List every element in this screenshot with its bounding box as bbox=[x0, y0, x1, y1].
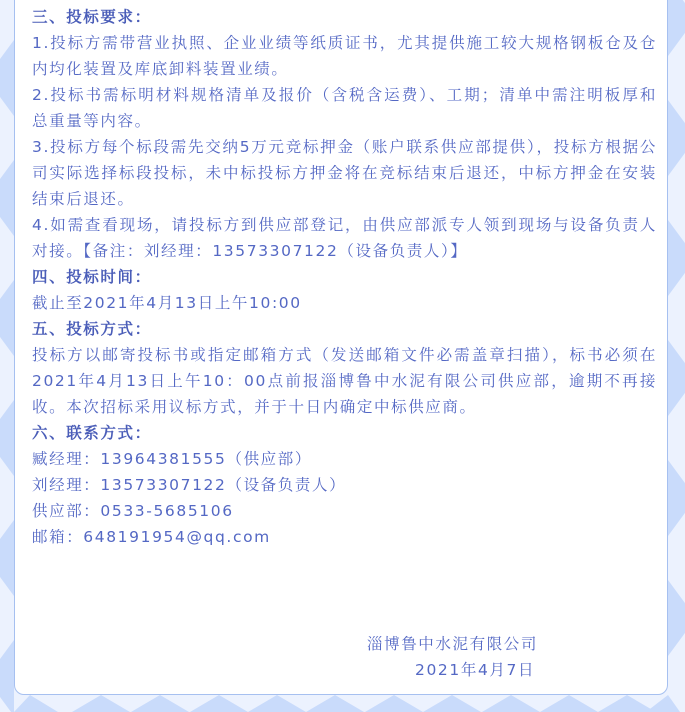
bid-method-text: 投标方以邮寄投标书或指定邮箱方式（发送邮箱文件必需盖章扫描），标书必须在2021… bbox=[32, 342, 657, 420]
contact-zang: 臧经理：13964381555（供应部） bbox=[32, 446, 657, 472]
section-3-heading: 三、投标要求： bbox=[32, 4, 657, 30]
section-6-heading: 六、联系方式： bbox=[32, 420, 657, 446]
requirement-item-1: 1.投标方需带营业执照、企业业绩等纸质证书，尤其提供施工较大规格钢板仓及仓内均化… bbox=[32, 30, 657, 82]
document-content: 三、投标要求： 1.投标方需带营业执照、企业业绩等纸质证书，尤其提供施工较大规格… bbox=[32, 4, 657, 550]
section-4-heading: 四、投标时间： bbox=[32, 264, 657, 290]
signature-date: 2021年4月7日 bbox=[415, 658, 535, 680]
contact-liu: 刘经理：13573307122（设备负责人） bbox=[32, 472, 657, 498]
requirement-item-3: 3.投标方每个标段需先交纳5万元竞标押金（账户联系供应部提供），投标方根据公司实… bbox=[32, 134, 657, 212]
signature-company: 淄博鲁中水泥有限公司 bbox=[367, 632, 538, 654]
requirement-item-2: 2.投标书需标明材料规格清单及报价（含税含运费）、工期；清单中需注明板厚和总重量… bbox=[32, 82, 657, 134]
requirement-item-4: 4.如需查看现场，请投标方到供应部登记，由供应部派专人领到现场与设备负责人对接。… bbox=[32, 212, 657, 264]
contact-email: 邮箱：648191954@qq.com bbox=[32, 524, 657, 550]
section-5-heading: 五、投标方式： bbox=[32, 316, 657, 342]
bid-deadline-text: 截止至2021年4月13日上午10:00 bbox=[32, 290, 657, 316]
contact-supply-dept: 供应部：0533-5685106 bbox=[32, 498, 657, 524]
